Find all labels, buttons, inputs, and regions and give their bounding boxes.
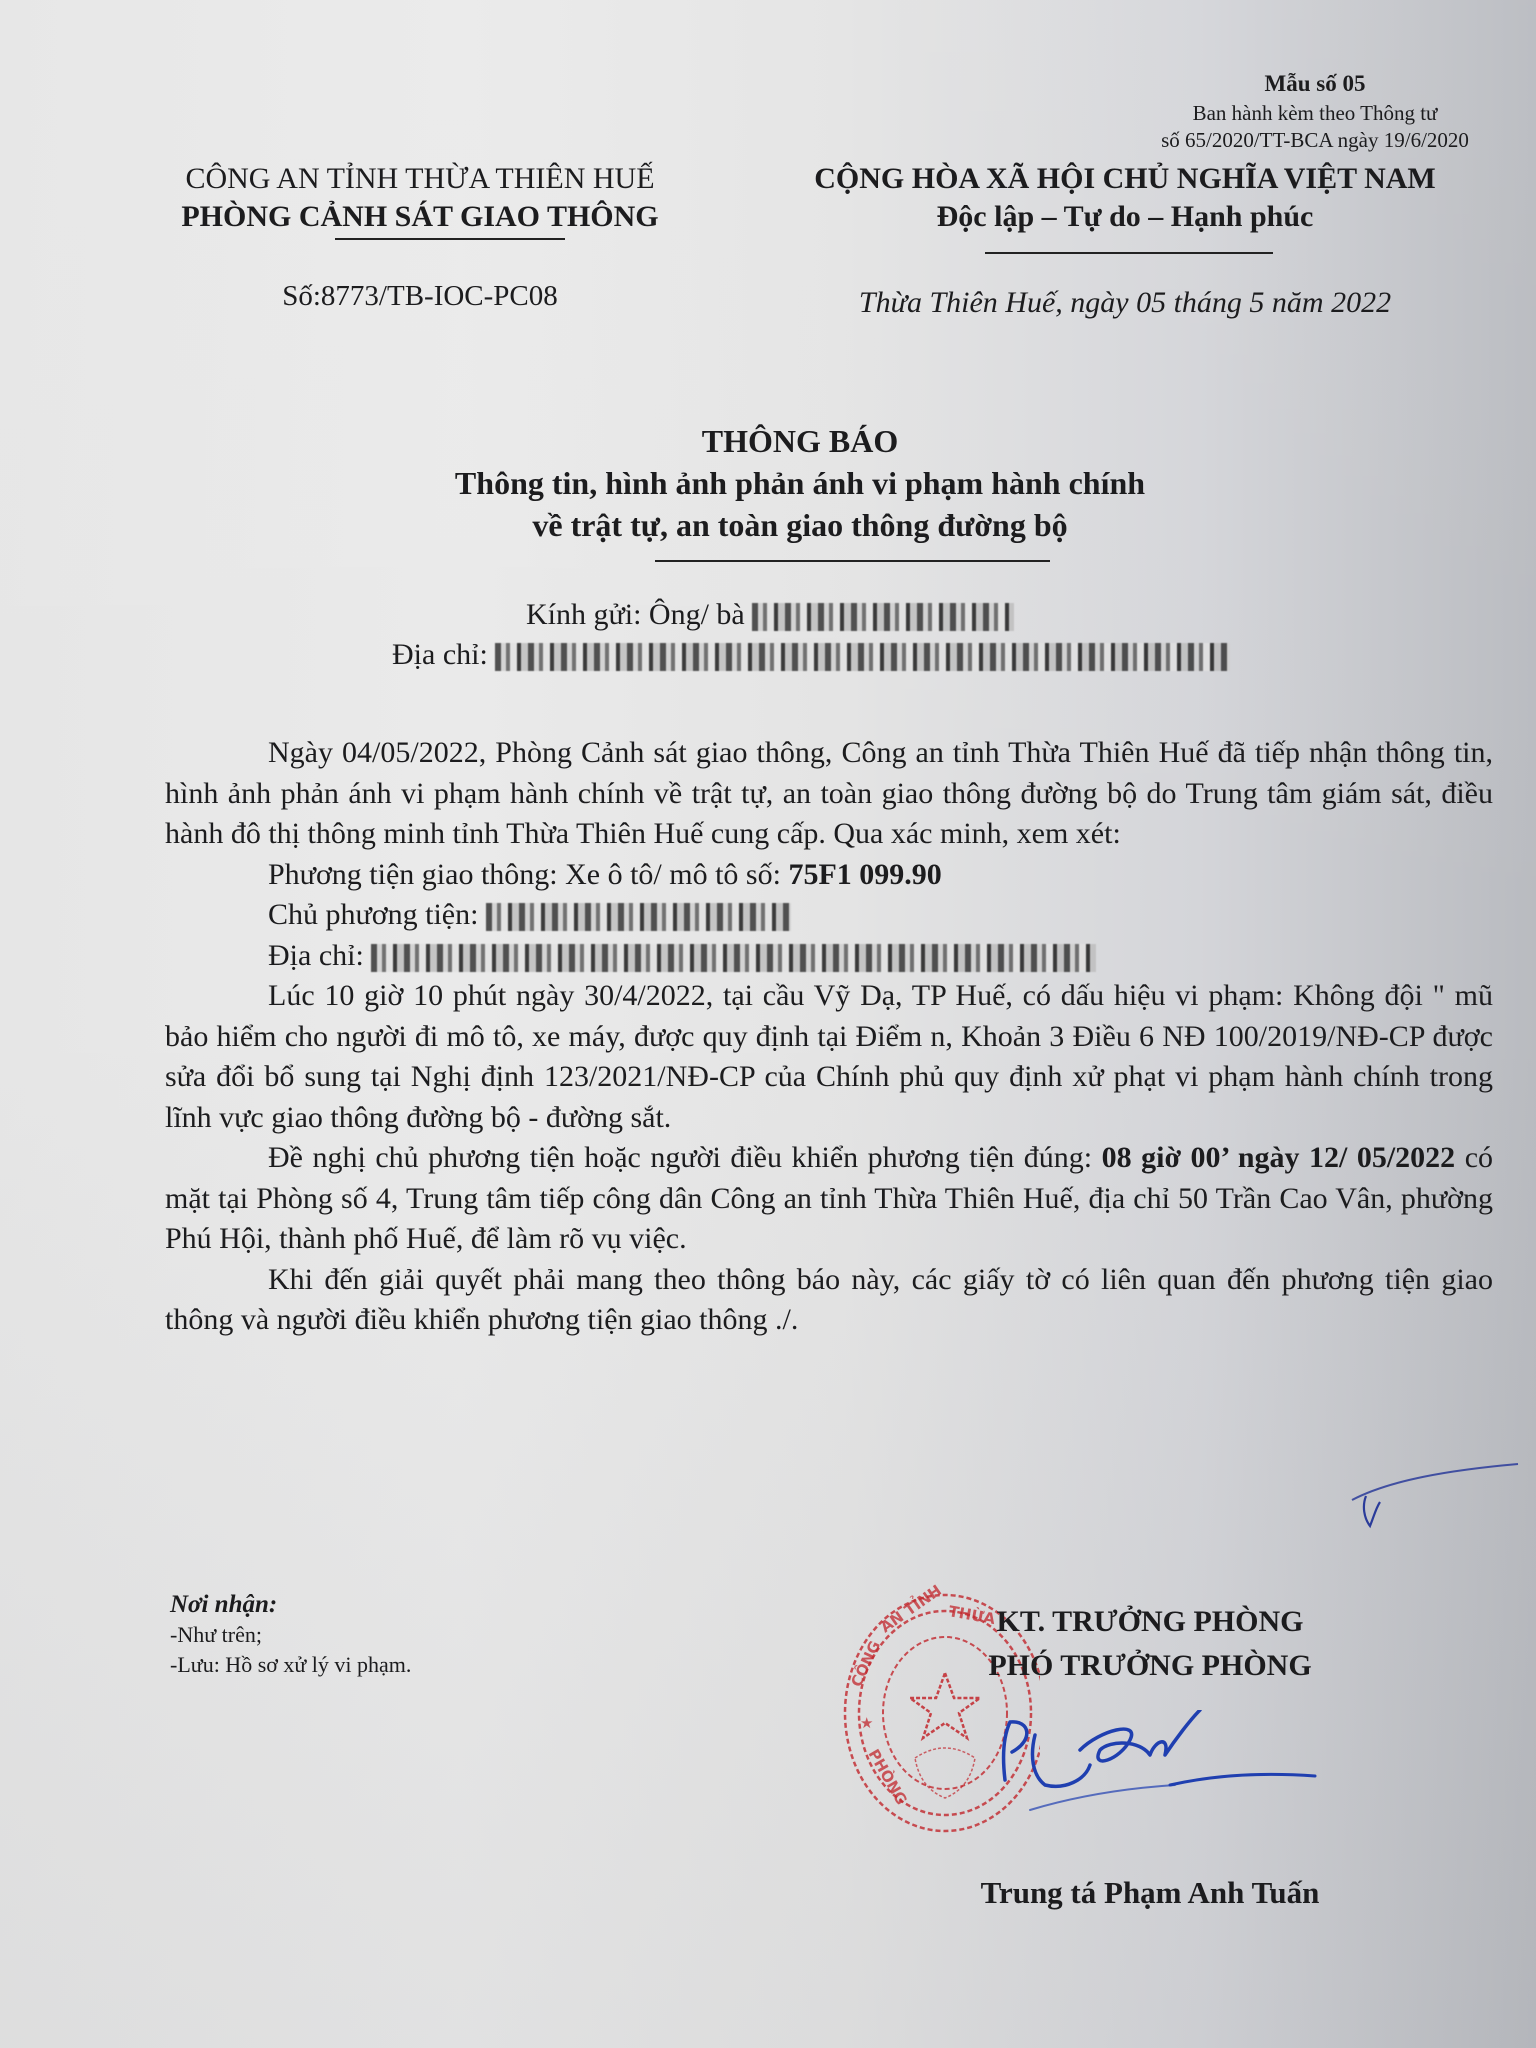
request-intro: Đề nghị chủ phương tiện hoặc người điều … (268, 1141, 1092, 1174)
violation-paragraph: Lúc 10 giờ 10 phút ngày 30/4/2022, tại c… (165, 976, 1493, 1138)
department-name: PHÒNG CẢNH SÁT GIAO THÔNG (120, 198, 720, 236)
department-underline (335, 238, 565, 240)
national-header: CỘNG HÒA XÃ HỘI CHỦ NGHĨA VIỆT NAM Độc l… (740, 160, 1510, 236)
closing-paragraph: Khi đến giải quyết phải mang theo thông … (165, 1260, 1493, 1341)
recipient-item: -Như trên; (170, 1620, 770, 1650)
owner-address-line: Địa chỉ: (165, 936, 1493, 977)
handwritten-checkmark-icon (1350, 1460, 1520, 1530)
svg-text:★: ★ (860, 1714, 873, 1732)
title-underline (655, 560, 1050, 562)
intro-paragraph: Ngày 04/05/2022, Phòng Cảnh sát giao thô… (165, 733, 1493, 855)
appointment-time: 08 giờ 00’ ngày 12/ 05/2022 (1102, 1141, 1456, 1174)
addressee-block: Kính gửi: Ông/ bà Địa chỉ: (330, 595, 1330, 675)
owner-address-label: Địa chỉ: (268, 939, 364, 972)
addressee-label: Kính gửi: Ông/ bà (526, 598, 745, 631)
signature-title: KT. TRƯỞNG PHÒNG PHÓ TRƯỞNG PHÒNG (900, 1600, 1400, 1688)
signer-name: Trung tá Phạm Anh Tuấn (900, 1875, 1400, 1911)
redacted-addressee-name (752, 603, 1014, 631)
svg-text:PHÒNG: PHÒNG (865, 1746, 912, 1808)
agency-name: CÔNG AN TỈNH THỪA THIÊN HUẾ (120, 160, 720, 198)
form-issued-reference: Ban hành kèm theo Thông tư số 65/2020/TT… (1120, 100, 1510, 154)
request-paragraph: Đề nghị chủ phương tiện hoặc người điều … (165, 1138, 1493, 1260)
vehicle-plate: 75F1 099.90 (788, 858, 941, 891)
notice-body: Ngày 04/05/2022, Phòng Cảnh sát giao thô… (165, 733, 1493, 1341)
handwritten-signature-icon (990, 1710, 1320, 1820)
form-issued-line2: số 65/2020/TT-BCA ngày 19/6/2020 (1120, 127, 1510, 154)
recipients-block: Nơi nhận: -Như trên; -Lưu: Hồ sơ xử lý v… (170, 1590, 770, 1680)
signer-title-line1: KT. TRƯỞNG PHÒNG (900, 1600, 1400, 1644)
place-and-date: Thừa Thiên Huế, ngày 05 tháng 5 năm 2022 (740, 286, 1510, 320)
nation-name: CỘNG HÒA XÃ HỘI CHỦ NGHĨA VIỆT NAM (740, 160, 1510, 198)
national-motto: Độc lập – Tự do – Hạnh phúc (740, 198, 1510, 236)
owner-label: Chủ phương tiện: (268, 898, 478, 931)
notice-subtitle-1: Thông tin, hình ảnh phản ánh vi phạm hàn… (300, 462, 1300, 504)
notice-subtitle-2: về trật tự, an toàn giao thông đường bộ (300, 504, 1300, 546)
redacted-owner-address (371, 944, 1096, 972)
form-number: Mẫu số 05 (1160, 70, 1470, 98)
svg-text:CÔNG: CÔNG (846, 1638, 884, 1690)
form-issued-line1: Ban hành kèm theo Thông tư (1120, 100, 1510, 127)
recipients-heading: Nơi nhận: (170, 1590, 770, 1620)
recipient-item: -Lưu: Hồ sơ xử lý vi phạm. (170, 1650, 770, 1680)
vehicle-line: Phương tiện giao thông: Xe ô tô/ mô tô s… (165, 855, 1493, 896)
vehicle-label: Phương tiện giao thông: Xe ô tô/ mô tô s… (268, 858, 781, 891)
document-number: Số:8773/TB-IOC-PC08 (120, 280, 720, 313)
redacted-addressee-address (495, 643, 1230, 671)
issuing-agency: CÔNG AN TỈNH THỪA THIÊN HUẾ PHÒNG CẢNH S… (120, 160, 720, 236)
addressee-address-label: Địa chỉ: (392, 638, 488, 671)
redacted-owner-name (486, 903, 791, 931)
notice-title: THÔNG BÁO (300, 420, 1300, 462)
signer-title-line2: PHÓ TRƯỞNG PHÒNG (900, 1644, 1400, 1688)
notice-title-block: THÔNG BÁO Thông tin, hình ảnh phản ánh v… (300, 420, 1300, 546)
motto-underline (985, 252, 1273, 254)
owner-line: Chủ phương tiện: (165, 895, 1493, 936)
